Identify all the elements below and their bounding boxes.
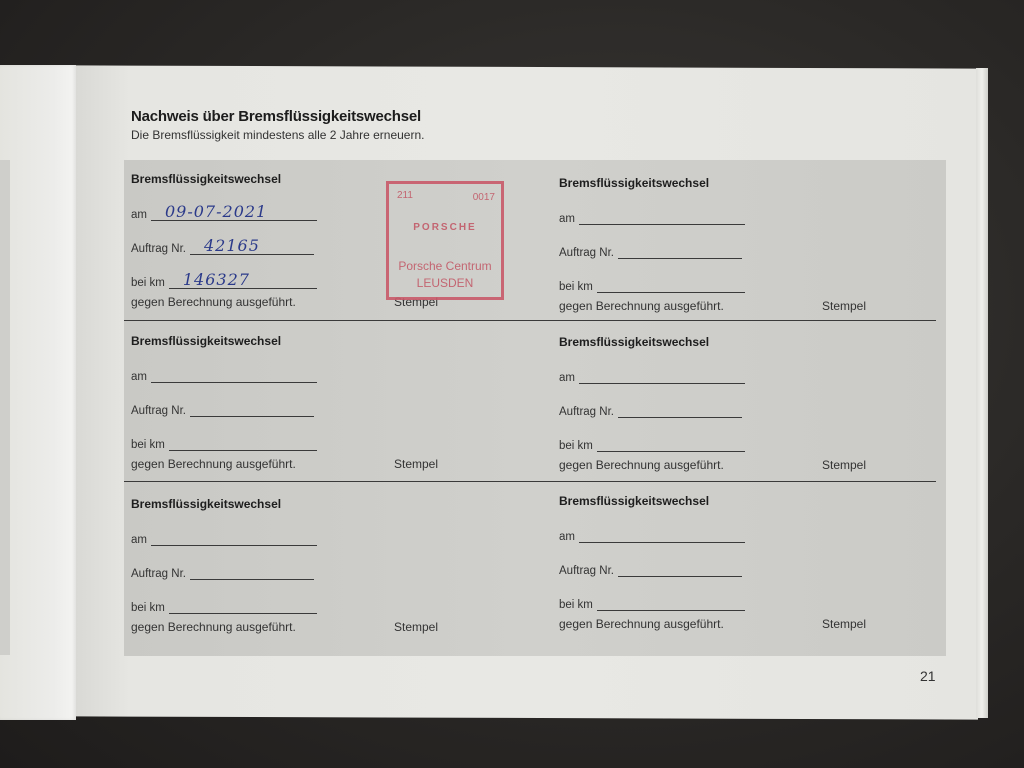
stamp-label: Stempel (822, 458, 866, 472)
order-value: 42165 (204, 236, 260, 255)
date-field[interactable]: am (131, 368, 317, 383)
date-field[interactable]: am 09-07-2021 (131, 206, 317, 221)
entry-footer: gegen Berechnung ausgeführt. (131, 457, 296, 471)
stamp-label: Stempel (822, 299, 866, 313)
entry-heading: Bremsflüssigkeitswechsel (559, 494, 709, 508)
km-field[interactable]: bei km (131, 599, 317, 614)
km-label: bei km (559, 281, 593, 293)
order-line[interactable] (618, 244, 742, 259)
date-line[interactable] (151, 368, 317, 383)
entry-heading: Bremsflüssigkeitswechsel (131, 334, 281, 348)
page-subtitle: Die Bremsflüssigkeit mindestens alle 2 J… (131, 128, 424, 142)
date-label: am (131, 534, 147, 546)
km-field[interactable]: bei km (559, 278, 745, 293)
km-label: bei km (559, 599, 593, 611)
service-record-entry: Bremsflüssigkeitswechsel am Auftrag Nr. … (559, 176, 959, 326)
order-label: Auftrag Nr. (131, 405, 186, 417)
entry-footer: gegen Berechnung ausgeführt. (559, 458, 724, 472)
date-line[interactable] (579, 528, 745, 543)
stamp-number-right: 0017 (473, 192, 495, 203)
order-line[interactable] (618, 562, 742, 577)
km-line[interactable] (597, 437, 745, 452)
entry-heading: Bremsflüssigkeitswechsel (559, 335, 709, 349)
date-field[interactable]: am (131, 531, 317, 546)
order-label: Auftrag Nr. (559, 247, 614, 259)
km-label: bei km (131, 602, 165, 614)
entry-footer: gegen Berechnung ausgeführt. (559, 299, 724, 313)
km-field[interactable]: bei km 146327 (131, 274, 317, 289)
km-field[interactable]: bei km (131, 436, 317, 451)
stamp-brand: PORSCHE (389, 222, 501, 233)
date-line[interactable] (151, 531, 317, 546)
km-value: 146327 (183, 270, 250, 289)
stamp-label: Stempel (394, 620, 438, 634)
stamp-label: Stempel (394, 457, 438, 471)
stamp-label: Stempel (822, 617, 866, 631)
km-label: bei km (131, 439, 165, 451)
order-line[interactable] (190, 402, 314, 417)
page-title: Nachweis über Bremsflüssigkeitswechsel (131, 108, 424, 125)
entry-heading: Bremsflüssigkeitswechsel (131, 172, 281, 186)
page-stack-edge (976, 68, 988, 718)
date-line[interactable] (579, 369, 745, 384)
order-field[interactable]: Auftrag Nr. (559, 403, 742, 418)
left-page-panel-edge (0, 160, 10, 655)
entry-heading: Bremsflüssigkeitswechsel (559, 176, 709, 190)
order-label: Auftrag Nr. (131, 243, 186, 255)
entry-footer: gegen Berechnung ausgeführt. (131, 295, 296, 309)
date-label: am (131, 371, 147, 383)
page-header: Nachweis über Bremsflüssigkeitswechsel D… (131, 108, 424, 142)
date-line[interactable] (579, 210, 745, 225)
date-label: am (559, 372, 575, 384)
km-line[interactable] (597, 278, 745, 293)
km-label: bei km (559, 440, 593, 452)
date-label: am (131, 209, 147, 221)
order-field[interactable]: Auftrag Nr. (559, 244, 742, 259)
date-field[interactable]: am (559, 210, 745, 225)
order-line[interactable] (618, 403, 742, 418)
order-field[interactable]: Auftrag Nr. (131, 402, 314, 417)
entry-heading: Bremsflüssigkeitswechsel (131, 497, 281, 511)
order-field[interactable]: Auftrag Nr. (559, 562, 742, 577)
service-record-entry: Bremsflüssigkeitswechsel am Auftrag Nr. … (559, 494, 959, 644)
date-field[interactable]: am (559, 369, 745, 384)
km-label: bei km (131, 277, 165, 289)
service-record-entry: Bremsflüssigkeitswechsel am Auftrag Nr. … (131, 334, 531, 484)
km-field[interactable]: bei km (559, 596, 745, 611)
stamp-dealer-name: Porsche Centrum (389, 258, 501, 275)
km-line[interactable] (169, 436, 317, 451)
order-label: Auftrag Nr. (131, 568, 186, 580)
km-line[interactable] (597, 596, 745, 611)
stamp-dealer-city: LEUSDEN (389, 275, 501, 292)
date-label: am (559, 213, 575, 225)
order-field[interactable]: Auftrag Nr. 42165 (131, 240, 314, 255)
order-field[interactable]: Auftrag Nr. (131, 565, 314, 580)
page-number: 21 (920, 668, 936, 684)
km-line[interactable]: 146327 (169, 274, 317, 289)
service-record-entry: Bremsflüssigkeitswechsel am Auftrag Nr. … (559, 335, 959, 485)
date-field[interactable]: am (559, 528, 745, 543)
date-value: 09-07-2021 (165, 202, 267, 221)
order-line[interactable]: 42165 (190, 240, 314, 255)
entry-footer: gegen Berechnung ausgeführt. (131, 620, 296, 634)
order-line[interactable] (190, 565, 314, 580)
km-field[interactable]: bei km (559, 437, 745, 452)
dealer-stamp: 211 0017 PORSCHE Porsche Centrum LEUSDEN (386, 181, 504, 300)
stamp-number-left: 211 (397, 190, 413, 201)
date-line[interactable]: 09-07-2021 (151, 206, 317, 221)
date-label: am (559, 531, 575, 543)
entry-footer: gegen Berechnung ausgeführt. (559, 617, 724, 631)
order-label: Auftrag Nr. (559, 406, 614, 418)
order-label: Auftrag Nr. (559, 565, 614, 577)
service-record-entry: Bremsflüssigkeitswechsel am Auftrag Nr. … (131, 497, 531, 647)
left-page (0, 65, 76, 720)
stamp-dealer: Porsche Centrum LEUSDEN (389, 258, 501, 292)
km-line[interactable] (169, 599, 317, 614)
